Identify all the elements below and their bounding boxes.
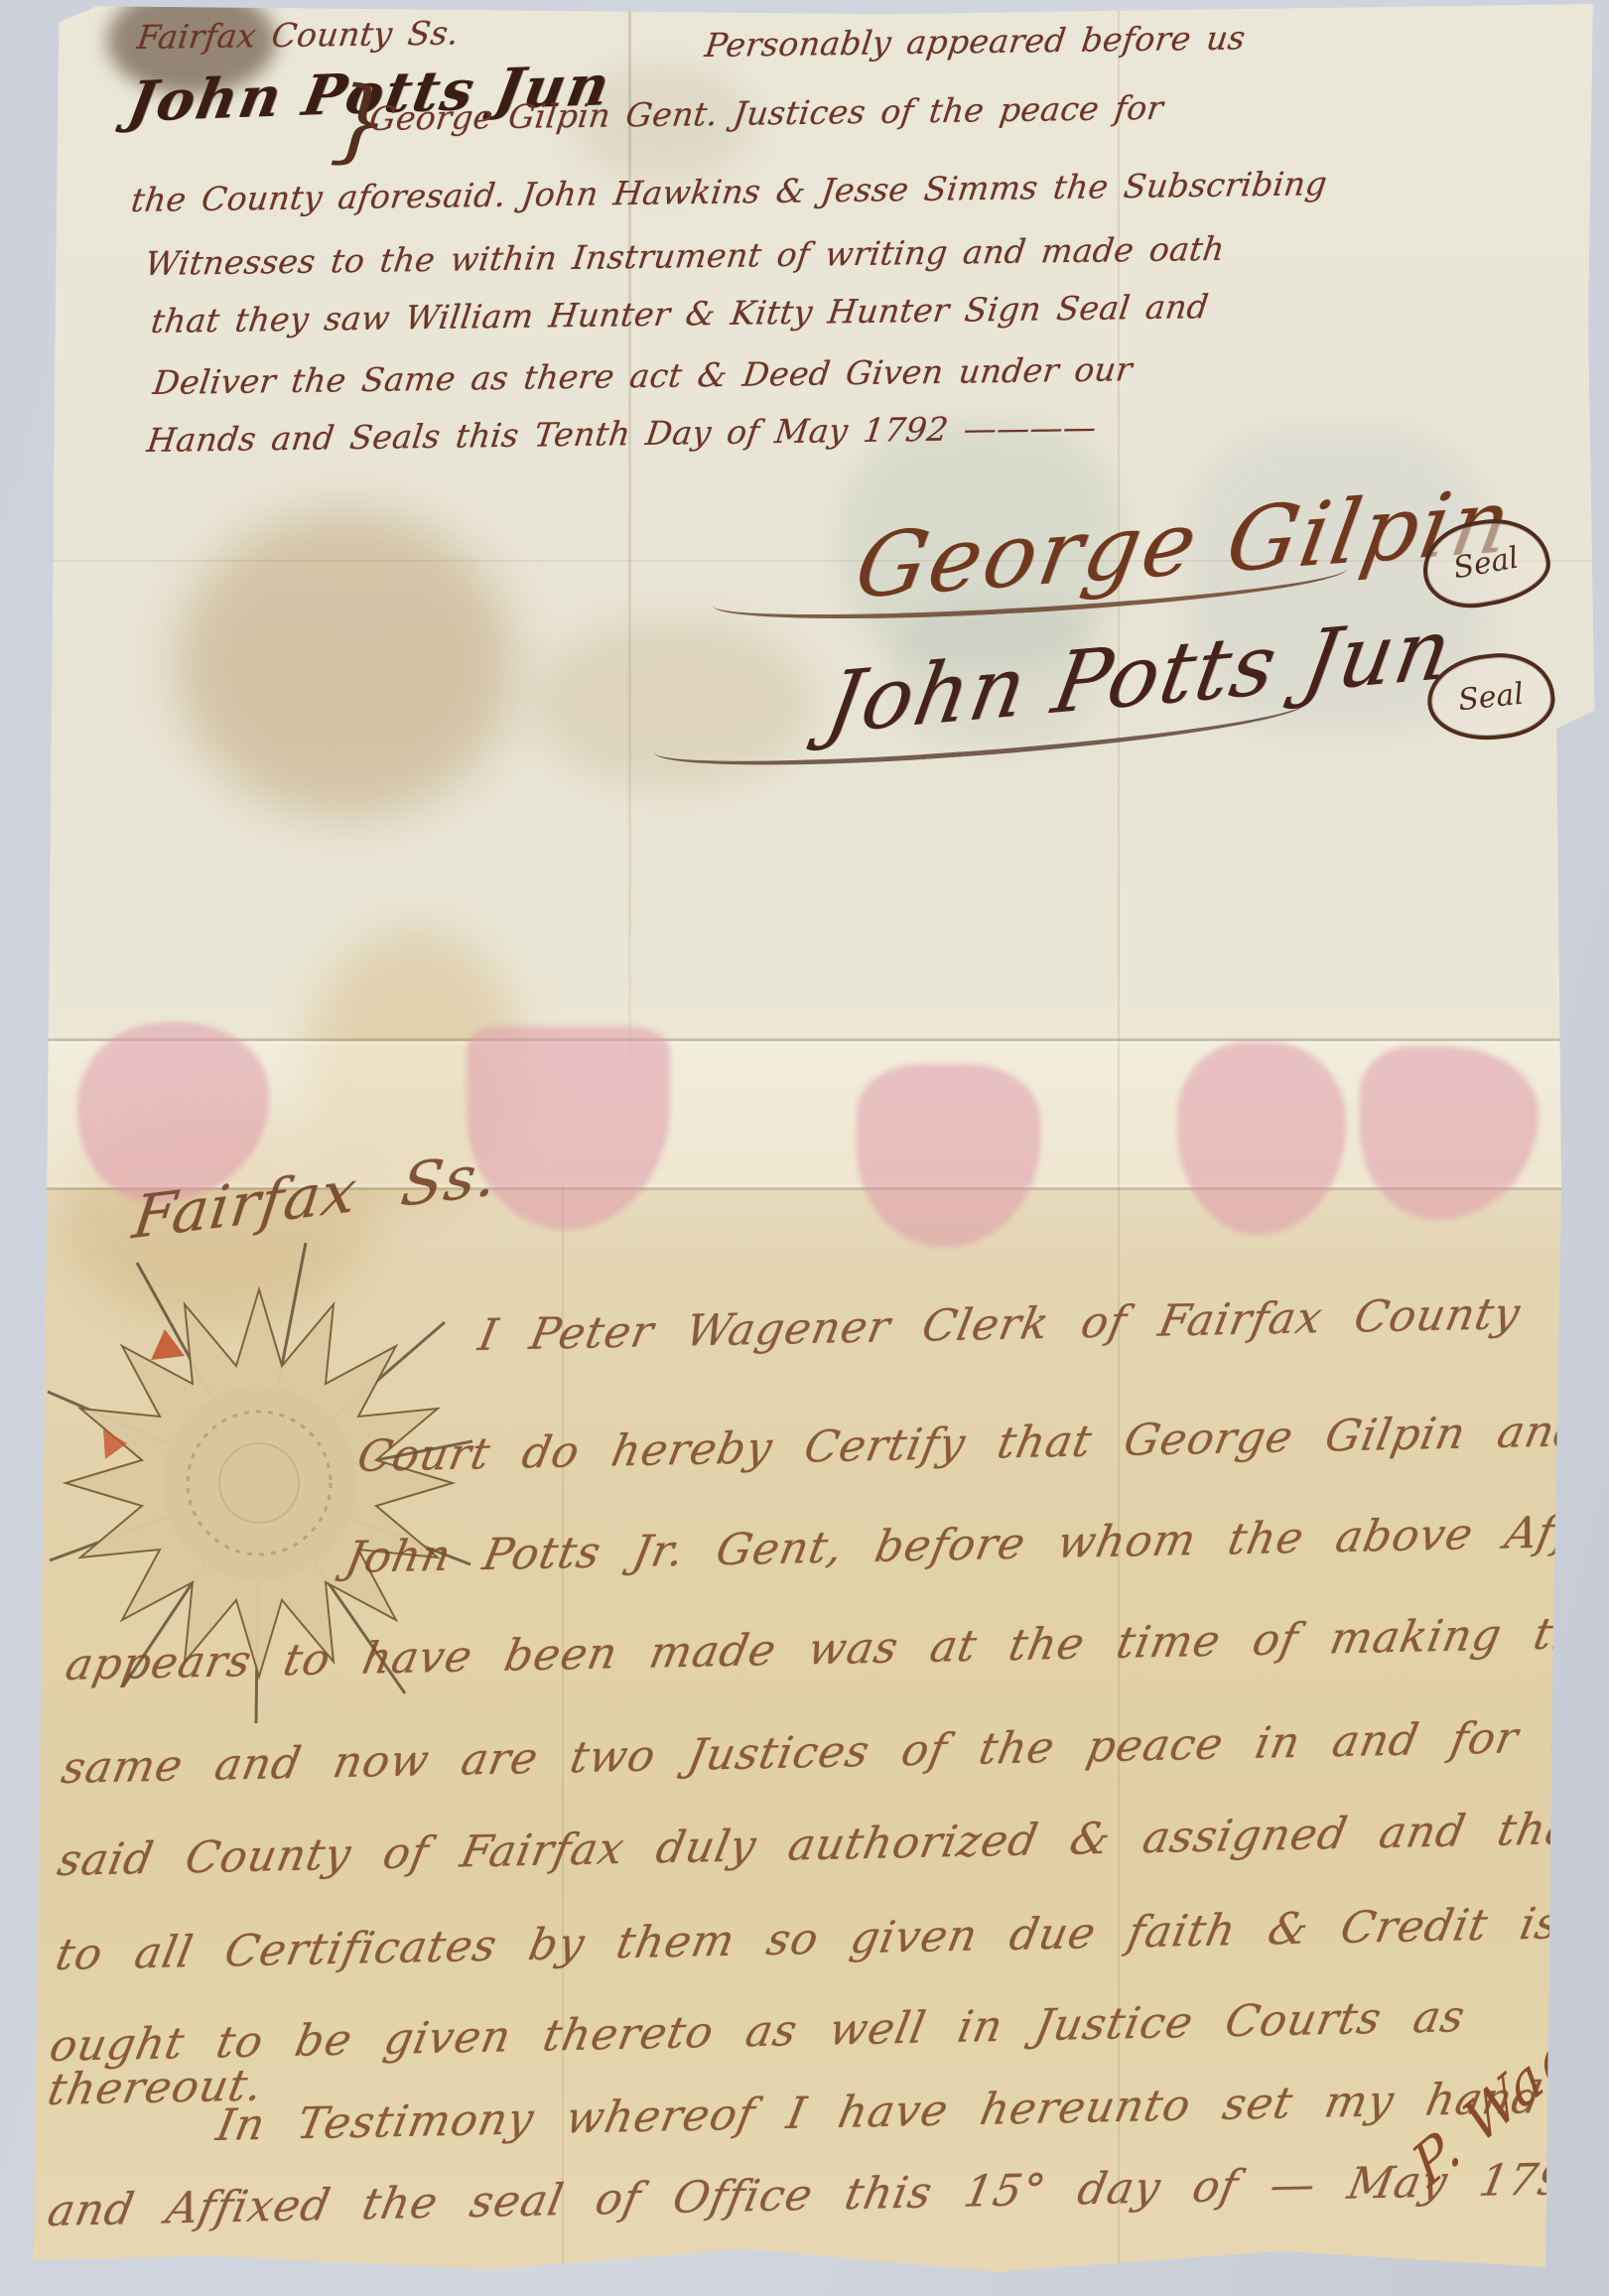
county-heading: Fairfax County Ss.	[135, 13, 462, 57]
certification-line: I Peter Wagener Clerk of Fairfax County	[474, 1288, 1525, 1361]
signature-george-gilpin: George Gilpin	[849, 469, 1521, 618]
seal-label: Seal	[1456, 676, 1525, 718]
testimony-line: In Testimony whereof I have hereunto set…	[212, 2073, 1546, 2151]
fold-band	[18, 1041, 1596, 1188]
seal-label: Seal	[1451, 540, 1522, 586]
wax-seal-mark	[467, 1026, 670, 1230]
mid-stain	[534, 619, 812, 788]
affidavit-line: the County aforesaid. John Hawkins & Jes…	[129, 164, 1329, 219]
signature-john-potts: John Potts Jun	[819, 600, 1459, 753]
affidavit-line: Deliver the Same as there act & Deed Giv…	[151, 349, 1135, 402]
certification-line: to all Certificates by them so given due…	[52, 1896, 1609, 1980]
certification-line: Court do hereby Certify that George Gilp…	[353, 1406, 1588, 1482]
affidavit-line: Hands and Seals this Tenth Day of May 17…	[145, 408, 1099, 460]
horizontal-fold	[18, 1038, 1596, 1041]
red-wafer-fleck	[151, 1329, 185, 1360]
affidavit-opening: Personably appeared before us	[703, 18, 1248, 65]
large-stain	[177, 510, 514, 818]
affidavit-line: Witnesses to the within Instrument of wr…	[143, 229, 1227, 283]
document-paper: Fairfax County Ss. Personably appeared b…	[18, 4, 1596, 2283]
wax-seal-mark	[1360, 1046, 1539, 1220]
testimony-line: and Affixed the seal of Office this 15° …	[44, 2153, 1609, 2236]
seal-center	[162, 1386, 356, 1580]
vertical-crease	[628, 4, 631, 1056]
scan-background: Fairfax County Ss. Personably appeared b…	[0, 0, 1609, 2296]
wax-seal-mark	[1177, 1041, 1346, 1235]
affidavit-line: that they saw William Hunter & Kitty Hun…	[149, 287, 1211, 340]
wax-seal-mark	[857, 1064, 1040, 1248]
certification-line: John Potts Jr. Gent, before whom the abo…	[341, 1504, 1609, 1583]
certification-line: said County of Fairfax duly authorized &…	[54, 1804, 1597, 1886]
